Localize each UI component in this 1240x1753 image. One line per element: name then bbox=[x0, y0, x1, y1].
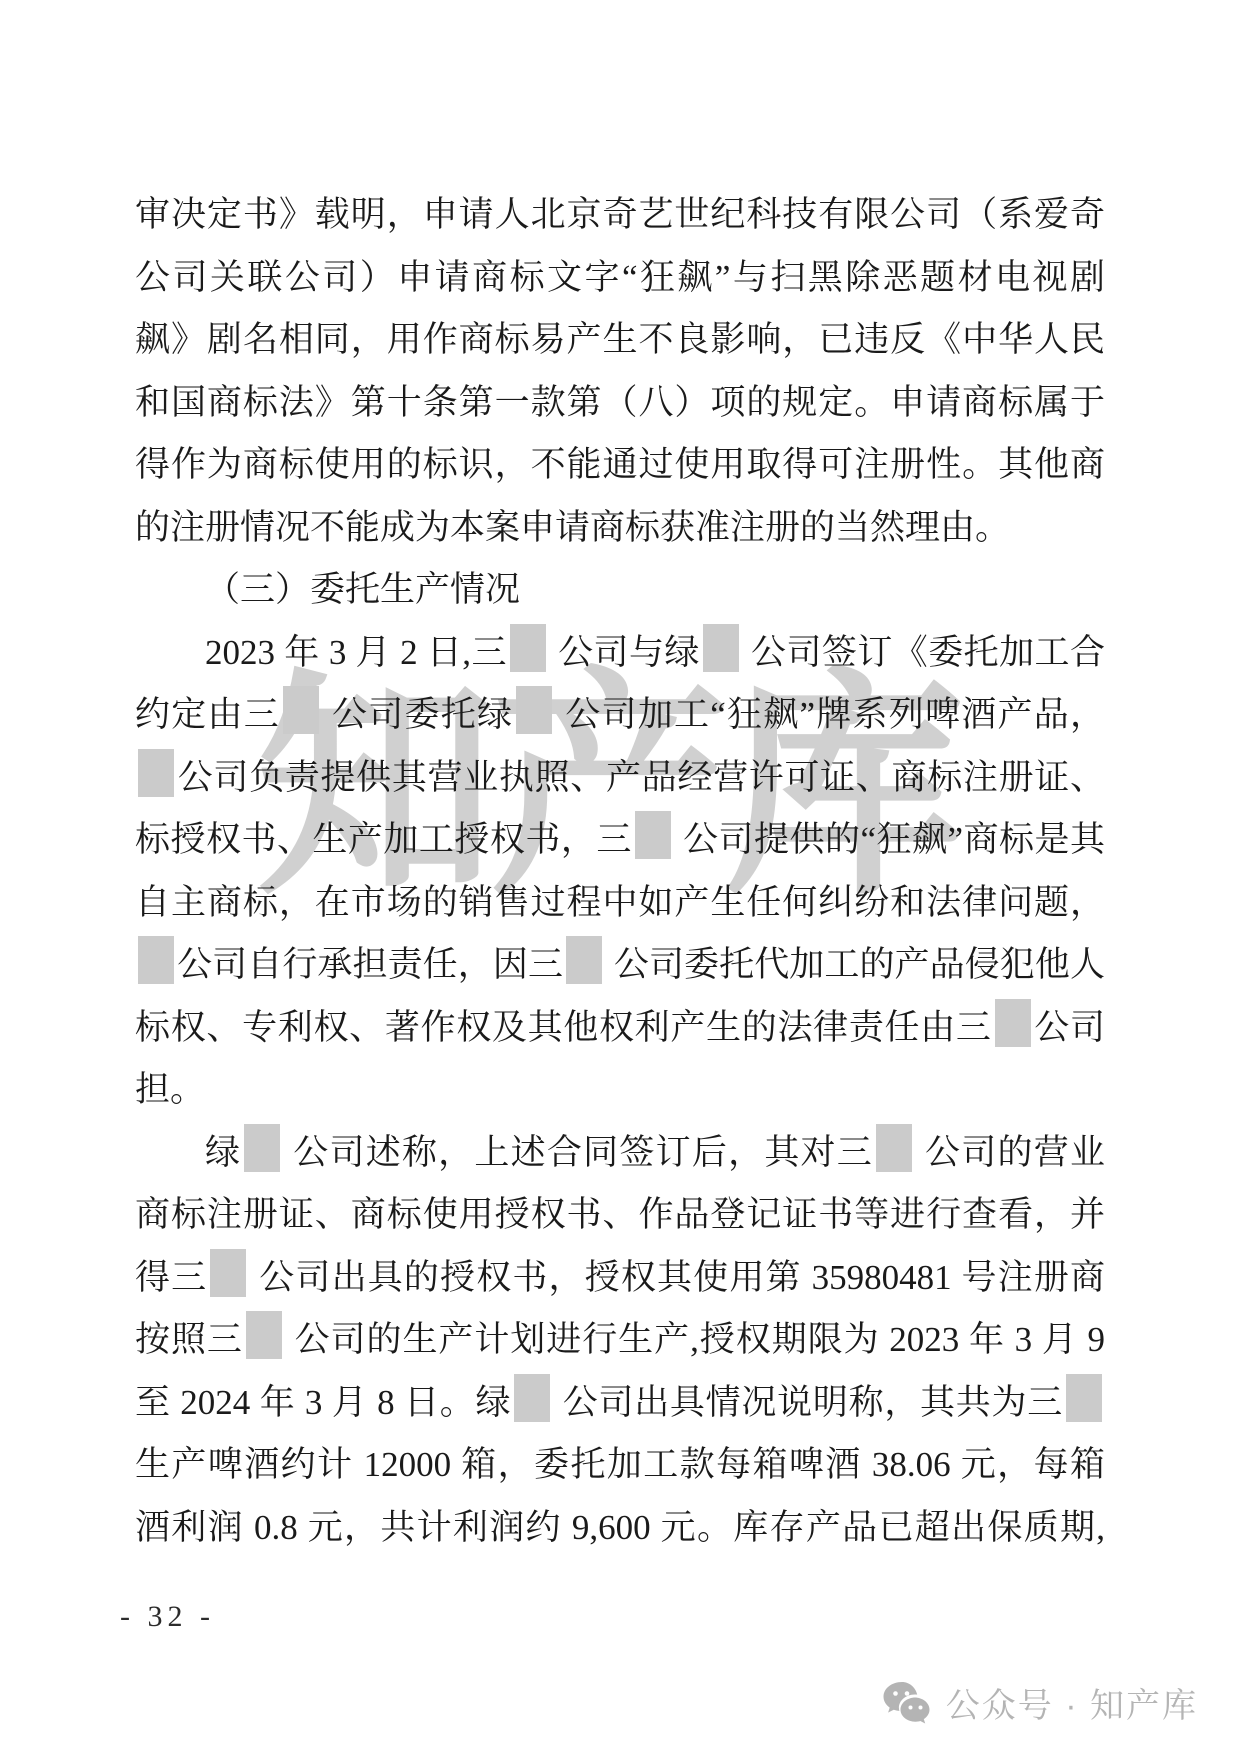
text-line: 至 2024 年 3 月 8 日。绿 公司出具情况说明称，其共为三 公司 bbox=[135, 1372, 1105, 1435]
redaction-box bbox=[246, 1311, 282, 1359]
text-segment: 公司提供的“狂飙”商标是其 bbox=[674, 820, 1105, 859]
document-body: 审决定书》载明，申请人北京奇艺世纪科技有限公司（系爱奇艺公司关联公司）申请商标文… bbox=[135, 184, 1105, 1559]
text-line: 得作为商标使用的标识，不能通过使用取得可注册性。其他商标 bbox=[135, 434, 1105, 497]
redaction-box bbox=[516, 686, 552, 734]
redaction-box bbox=[566, 936, 602, 984]
text-segment: 2023 年 3 月 2 日,三 bbox=[205, 633, 507, 672]
text-segment: 的注册情况不能成为本案申请商标获准注册的当然理由。 bbox=[135, 508, 1010, 547]
redaction-box bbox=[283, 686, 319, 734]
wechat-icon bbox=[882, 1680, 934, 1726]
text-segment: 飙》剧名相同，用作商标易产生不良影响，已违反《中华人民共 bbox=[135, 320, 1105, 372]
text-segment: 和国商标法》第十条第一款第（八）项的规定。申请商标属于不 bbox=[135, 383, 1105, 435]
redaction-box bbox=[210, 1249, 246, 1297]
text-segment: 按照三 bbox=[135, 1320, 243, 1359]
text-segment: 绿 bbox=[205, 1133, 241, 1172]
footer: 公众号 · 知产库 bbox=[882, 1678, 1198, 1727]
text-line: 酒利润 0.8 元，共计利润约 9,600 元。库存产品已超出保质期, bbox=[135, 1497, 1105, 1560]
redaction-box bbox=[514, 1374, 550, 1422]
text-line: 公司负责提供其营业执照、产品经营许可证、商标注册证、商 bbox=[135, 747, 1105, 810]
redaction-box bbox=[703, 624, 739, 672]
text-line: 标权、专利权、著作权及其他权利产生的法律责任由三公司承 bbox=[135, 997, 1105, 1060]
text-line: 的注册情况不能成为本案申请商标获准注册的当然理由。 bbox=[135, 497, 1105, 560]
text-line: 标授权书、生产加工授权书，三 公司提供的“狂飙”商标是其 bbox=[135, 809, 1105, 872]
text-line: 按照三 公司的生产计划进行生产,授权期限为 2023 年 3 月 9 日 bbox=[135, 1309, 1105, 1372]
redaction-box bbox=[244, 1124, 280, 1172]
text-segment: 约定由三 bbox=[135, 695, 280, 734]
text-segment: 得作为商标使用的标识，不能通过使用取得可注册性。其他商标 bbox=[135, 445, 1105, 497]
redaction-box bbox=[1066, 1374, 1102, 1422]
text-line: 2023 年 3 月 2 日,三 公司与绿 公司签订《委托加工合同》, bbox=[135, 622, 1105, 685]
text-line: 自主商标，在市场的销售过程中如产生任何纠纷和法律问题，三 bbox=[135, 872, 1105, 935]
text-segment: 得三 bbox=[135, 1258, 207, 1297]
redaction-box bbox=[510, 624, 546, 672]
text-line: 得三 公司出具的授权书，授权其使用第 35980481 号注册商标， bbox=[135, 1247, 1105, 1310]
text-line: 公司关联公司）申请商标文字“狂飙”与扫黑除恶题材电视剧《狂 bbox=[135, 247, 1105, 310]
text-segment: 生产啤酒约计 12000 箱，委托加工款每箱啤酒 38.06 元，每箱啤 bbox=[135, 1445, 1105, 1497]
text-line: 飙》剧名相同，用作商标易产生不良影响，已违反《中华人民共 bbox=[135, 309, 1105, 372]
footer-label: 公众号 · 知产库 bbox=[946, 1678, 1198, 1727]
document-page: { "page": { "watermark_text": "知产库", "pa… bbox=[0, 0, 1240, 1753]
redaction-box bbox=[138, 936, 174, 984]
text-segment: 酒利润 0.8 元，共计利润约 9,600 元。库存产品已超出保质期, bbox=[135, 1508, 1105, 1547]
text-line: 公司自行承担责任，因三 公司委托代加工的产品侵犯他人商 bbox=[135, 934, 1105, 997]
text-segment: 公司负责提供其营业执照、产品经营许可证、商标注册证、商 bbox=[135, 758, 1105, 810]
redaction-box bbox=[876, 1124, 912, 1172]
text-line: （三）委托生产情况 bbox=[135, 559, 1105, 622]
text-segment: 商标注册证、商标使用授权书、作品登记证书等进行查看，并获 bbox=[135, 1195, 1105, 1247]
text-segment: （三）委托生产情况 bbox=[205, 570, 520, 609]
page-number: - 32 - bbox=[120, 1600, 215, 1634]
redaction-box bbox=[138, 749, 174, 797]
text-segment: 公司出具情况说明称，其共为三 bbox=[553, 1383, 1063, 1422]
redaction-box bbox=[635, 811, 671, 859]
text-line: 审决定书》载明，申请人北京奇艺世纪科技有限公司（系爱奇艺 bbox=[135, 184, 1105, 247]
text-segment: 公司自行承担责任，因三 bbox=[177, 945, 563, 984]
text-segment: 自主商标，在市场的销售过程中如产生任何纠纷和法律问题，三 bbox=[135, 883, 1105, 935]
text-line: 绿 公司述称，上述合同签订后，其对三 公司的营业执照、 bbox=[135, 1122, 1105, 1185]
text-segment: 公司关联公司）申请商标文字“狂飙”与扫黑除恶题材电视剧《狂 bbox=[135, 258, 1105, 310]
text-segment: 公司出具的授权书，授权其使用第 35980481 号注册商标， bbox=[135, 1258, 1105, 1310]
text-segment: 标权、专利权、著作权及其他权利产生的法律责任由三 bbox=[135, 1008, 992, 1047]
text-line: 商标注册证、商标使用授权书、作品登记证书等进行查看，并获 bbox=[135, 1184, 1105, 1247]
text-segment: 公司述称，上述合同签订后，其对三 bbox=[283, 1133, 873, 1172]
text-segment: 至 2024 年 3 月 8 日。绿 bbox=[135, 1383, 511, 1422]
text-segment: 公司与绿 bbox=[549, 633, 700, 672]
text-line: 担。 bbox=[135, 1059, 1105, 1122]
text-segment: 审决定书》载明，申请人北京奇艺世纪科技有限公司（系爱奇艺 bbox=[135, 195, 1105, 247]
text-segment: 标授权书、生产加工授权书，三 bbox=[135, 820, 632, 859]
text-line: 生产啤酒约计 12000 箱，委托加工款每箱啤酒 38.06 元，每箱啤 bbox=[135, 1434, 1105, 1497]
text-segment: 担。 bbox=[135, 1070, 205, 1109]
text-segment: 公司加工“狂飙”牌系列啤酒产品，三 bbox=[135, 695, 1105, 747]
text-line: 约定由三 公司委托绿 公司加工“狂飙”牌系列啤酒产品，三 bbox=[135, 684, 1105, 747]
redaction-box bbox=[995, 999, 1031, 1047]
text-line: 和国商标法》第十条第一款第（八）项的规定。申请商标属于不 bbox=[135, 372, 1105, 435]
text-segment: 公司委托绿 bbox=[322, 695, 513, 734]
